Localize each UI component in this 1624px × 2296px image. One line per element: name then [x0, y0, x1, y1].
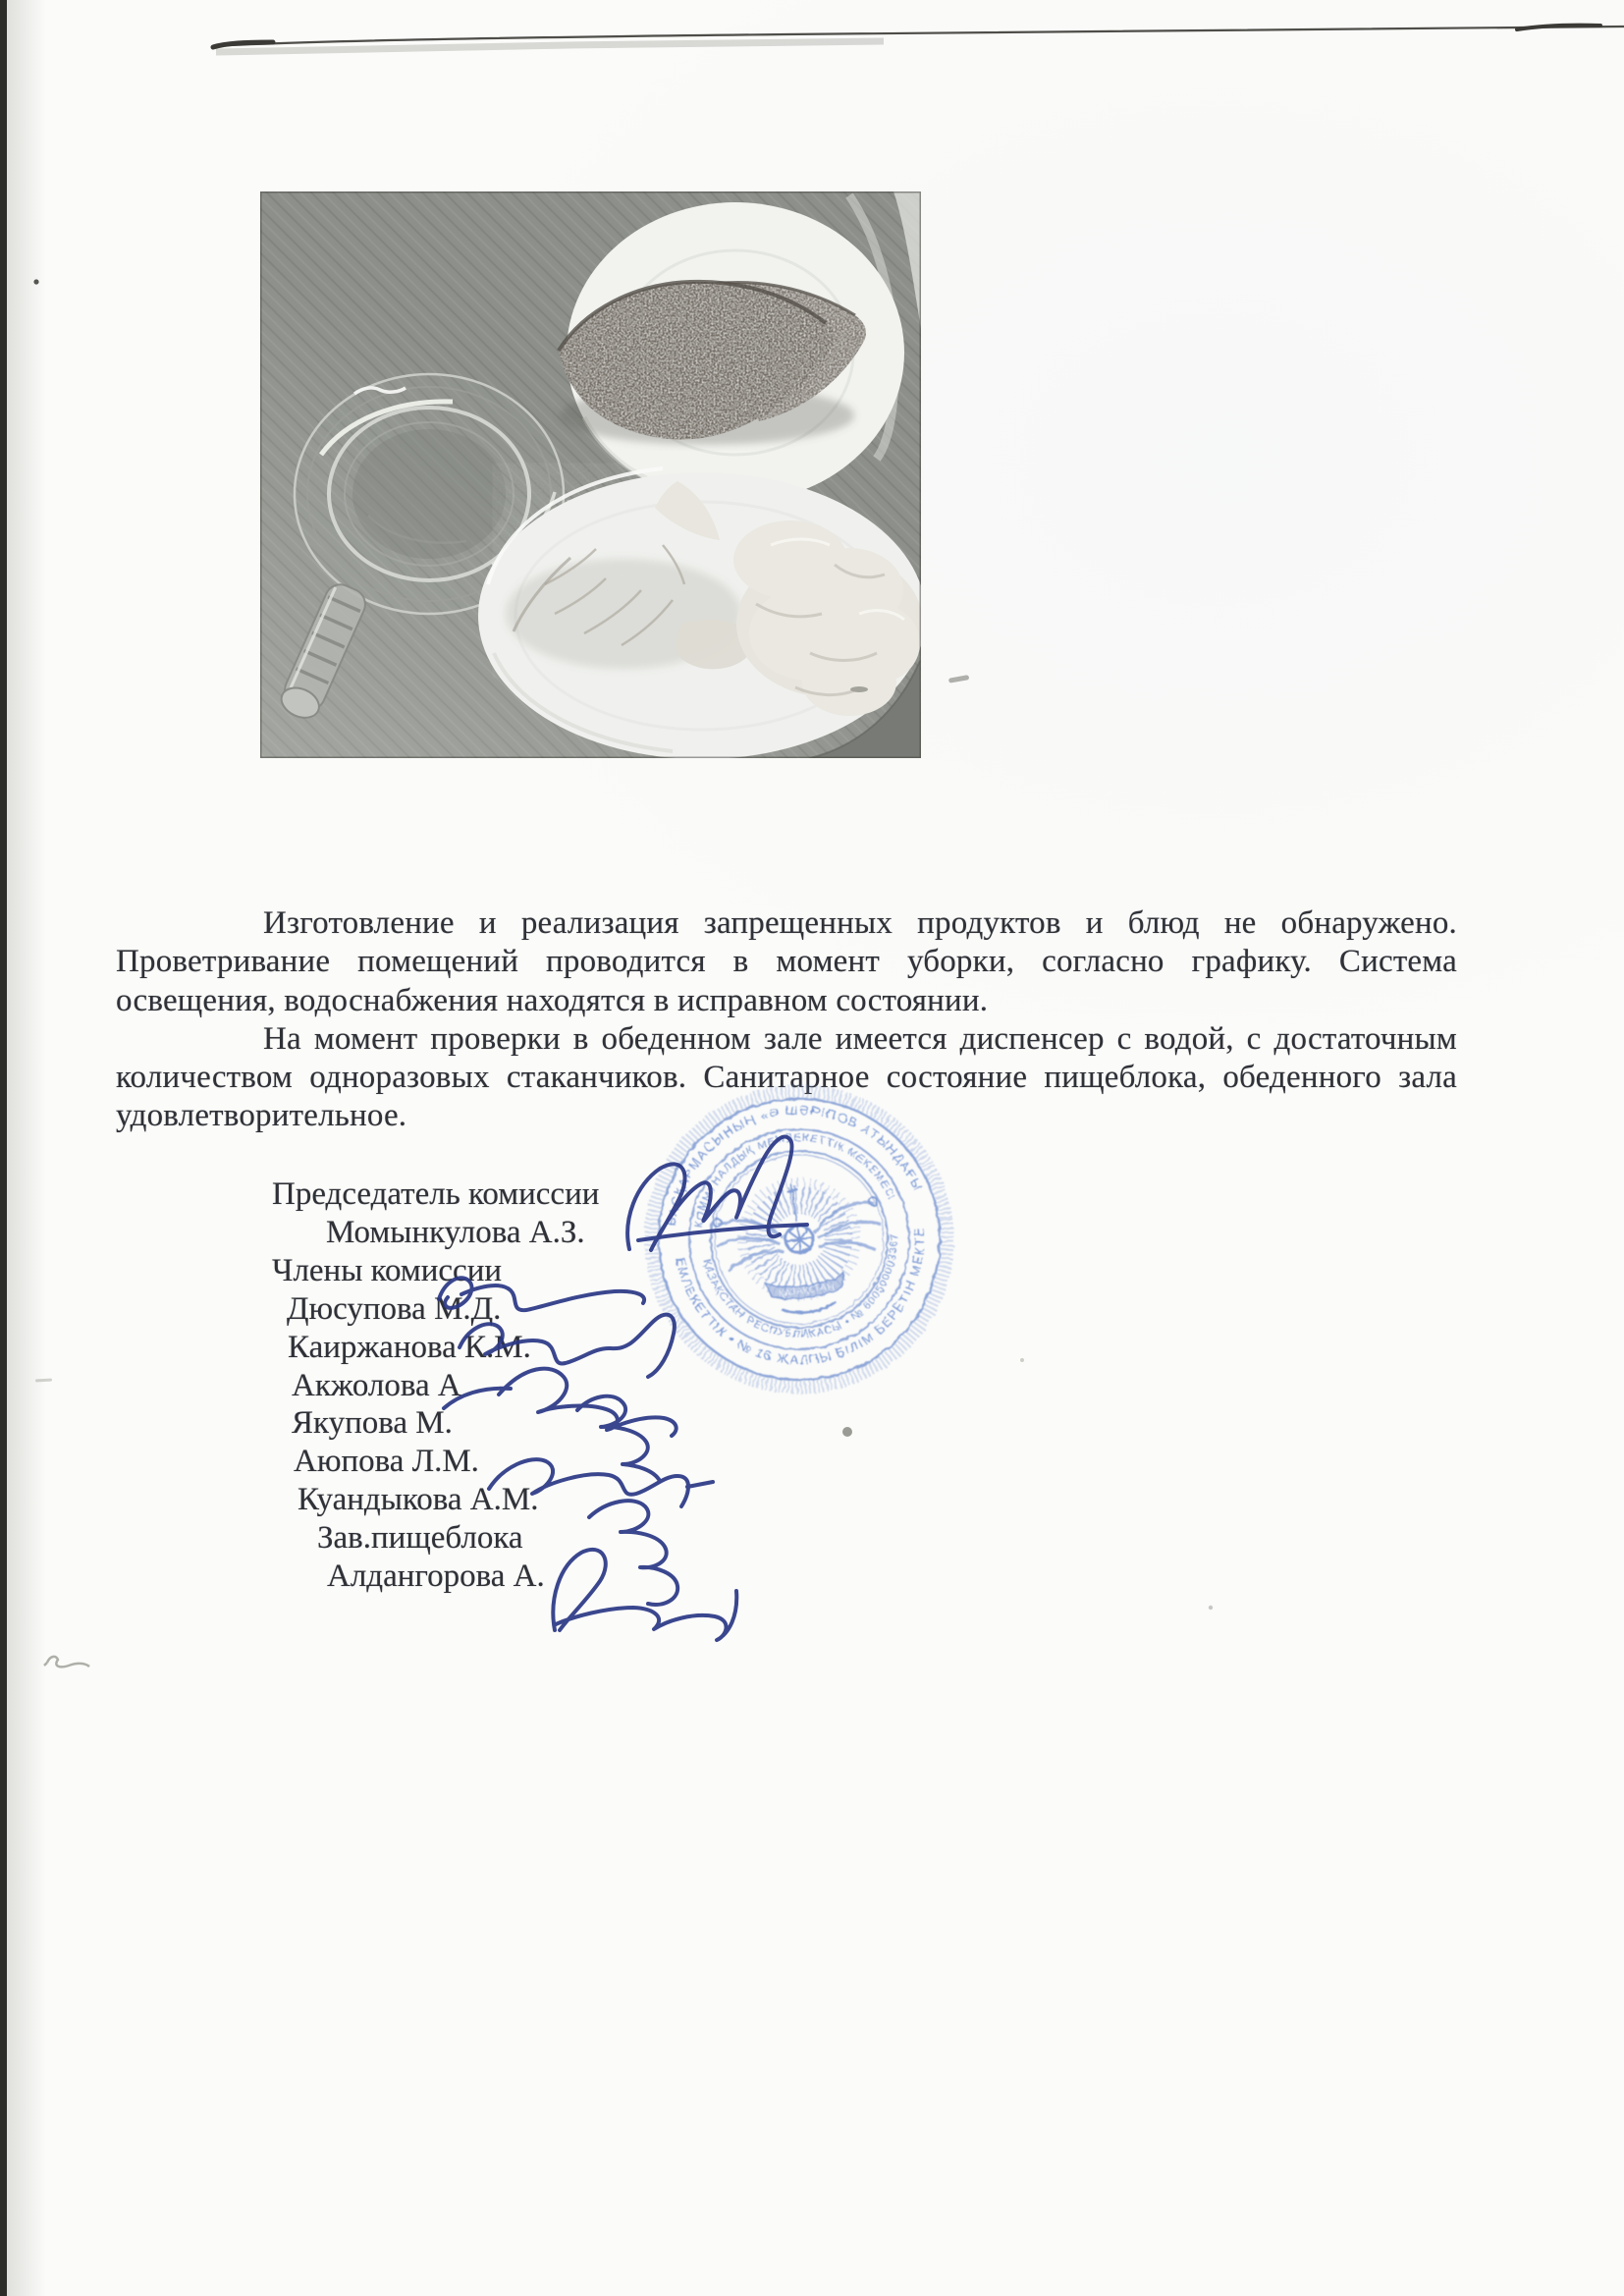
signer-role: Зав.пищеблока — [272, 1519, 599, 1558]
paragraph-line: удовлетворительное. — [116, 1097, 1457, 1135]
signer-name: Алдангорова А. — [272, 1558, 599, 1596]
paragraph-line: На момент проверки в обеденном зале имее… — [116, 1020, 1457, 1059]
meal-tray-photo — [260, 191, 921, 758]
signer-name: Аюпова Л.М. — [272, 1443, 599, 1481]
signer-name: Якупова М. — [272, 1404, 599, 1443]
signer-name: Момынкулова А.З. — [272, 1214, 599, 1252]
paragraph-line: Изготовление и реализация запрещенных пр… — [116, 904, 1457, 943]
signer-name: Каиржанова К.М. — [272, 1329, 599, 1367]
report-body: Изготовление и реализация запрещенных пр… — [116, 904, 1457, 1136]
scanner-edge-shadow — [7, 0, 46, 2296]
signer-name: Акжолова А — [272, 1367, 599, 1405]
scanner-edge-strip — [0, 0, 7, 2296]
signature-block: Председатель комиссии Момынкулова А.З. Ч… — [272, 1175, 599, 1596]
paragraph-line: освещения, водоснабжения находятся в исп… — [116, 982, 1457, 1020]
signer-role: Члены комиссии — [272, 1252, 599, 1290]
signer-name: Куандыкова А.М. — [272, 1481, 599, 1519]
signer-name: Дюсупова М.Д. — [272, 1290, 599, 1329]
scanned-document-page: Изготовление и реализация запрещенных пр… — [0, 0, 1624, 2296]
paragraph-line: количеством одноразовых стаканчиков. Сан… — [116, 1059, 1457, 1097]
paragraph-line: Проветривание помещений проводится в мом… — [116, 943, 1457, 981]
signer-role: Председатель комиссии — [272, 1175, 599, 1214]
